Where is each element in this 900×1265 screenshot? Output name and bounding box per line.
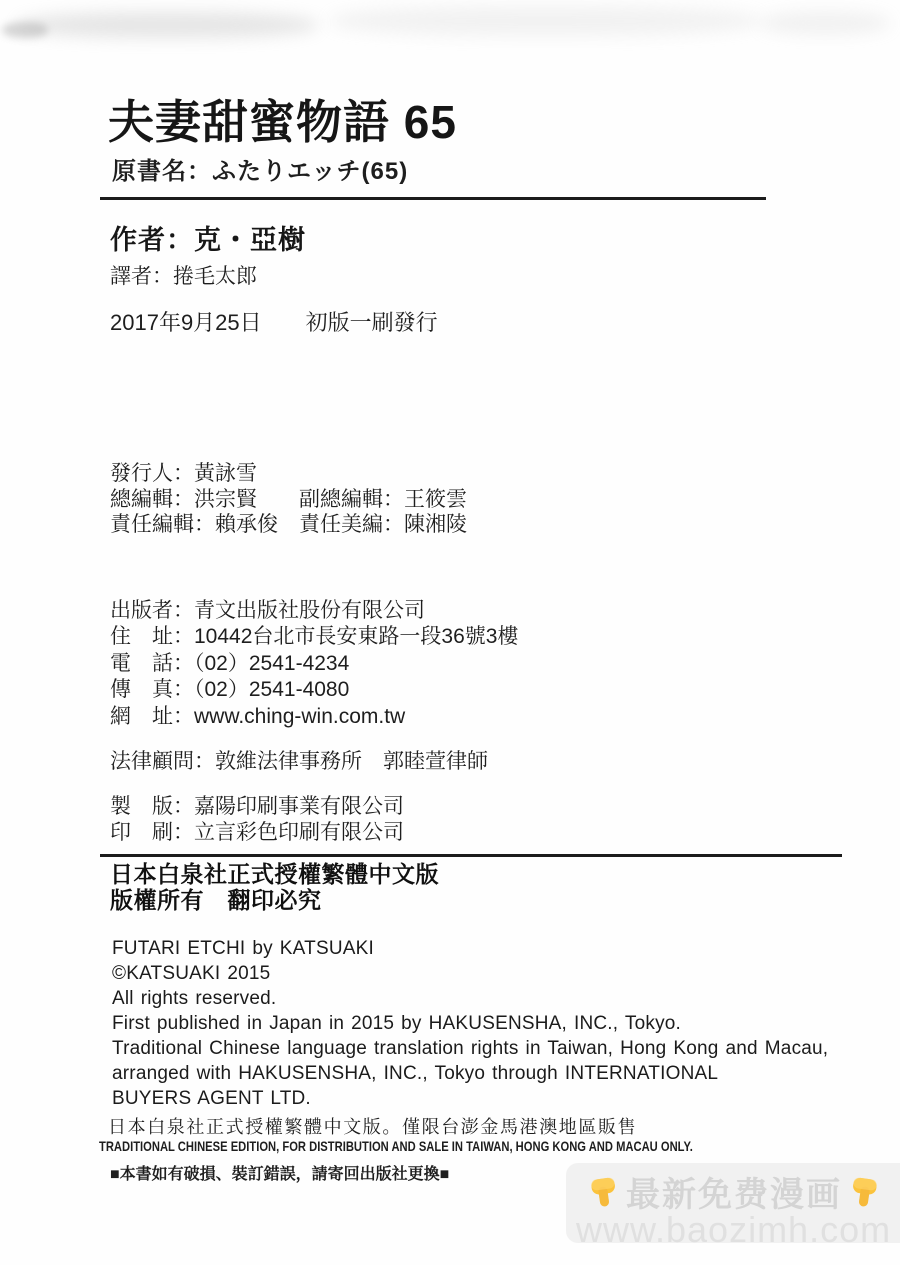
scan-artifact xyxy=(18,12,318,38)
watermark-banner: 最新免费漫画 www.baozimh.com xyxy=(566,1163,900,1243)
printing-line: 印 刷：立言彩色印刷有限公司 xyxy=(110,820,404,846)
managing-editor-line: 責任編輯：賴承俊 責任美編：陳湘陵 xyxy=(110,512,467,538)
english-line: ©KATSUAKI 2015 xyxy=(112,961,828,986)
publisher-person-line: 發行人：黃詠雪 xyxy=(110,461,467,487)
damage-return-notice: ■本書如有破損、裝訂錯誤，請寄回出版社更換■ xyxy=(110,1161,449,1184)
english-line: Traditional Chinese language translation… xyxy=(112,1036,828,1061)
scan-artifact xyxy=(760,12,890,34)
publisher-block: 出版者：青文出版社股份有限公司 住 址：10442台北市長安東路一段36號3樓 … xyxy=(110,598,518,730)
publisher-fax-line: 傳 真：（02）2541-4080 xyxy=(110,677,518,703)
editorial-staff-block: 發行人：黃詠雪 總編輯：洪宗賢 副總編輯：王筱雲 責任編輯：賴承俊 責任美編：陳… xyxy=(110,461,467,538)
release-date-line: 2017年9月25日 初版一刷發行 xyxy=(110,306,438,337)
english-copyright-block: FUTARI ETCHI by KATSUAKI ©KATSUAKI 2015 … xyxy=(112,936,828,1111)
watermark-url: www.baozimh.com xyxy=(576,1209,900,1243)
production-block: 製 版：嘉陽印刷事業有限公司 印 刷：立言彩色印刷有限公司 xyxy=(110,794,404,846)
author-line: 作者：克・亞樹 xyxy=(110,218,306,257)
chief-editor-line: 總編輯：洪宗賢 副總編輯：王筱雲 xyxy=(110,487,467,513)
publisher-address-line: 住 址：10442台北市長安東路一段36號3樓 xyxy=(110,624,518,650)
license-block: 日本白泉社正式授權繁體中文版 版權所有 翻印必究 xyxy=(110,862,439,913)
divider-bottom xyxy=(100,854,842,857)
english-line: BUYERS AGENT LTD. xyxy=(112,1086,828,1111)
original-title: 原書名：ふたりエッチ(65) xyxy=(112,151,408,186)
scan-artifact xyxy=(2,22,48,38)
hand-pointing-down-icon xyxy=(846,1174,882,1210)
colophon-page: 夫妻甜蜜物語 65 原書名：ふたりエッチ(65) 作者：克・亞樹 譯者：捲毛太郎… xyxy=(0,0,900,1265)
publisher-name-line: 出版者：青文出版社股份有限公司 xyxy=(110,598,518,624)
english-line: All rights reserved. xyxy=(112,986,828,1011)
legal-advisor-line: 法律顧問：敦維法律事務所 郭睦萱律師 xyxy=(110,745,488,775)
english-line: First published in Japan in 2015 by HAKU… xyxy=(112,1011,828,1036)
scan-artifact xyxy=(330,6,760,36)
publisher-website-line: 網 址：www.ching-win.com.tw xyxy=(110,704,518,730)
english-line: arranged with HAKUSENSHA, INC., Tokyo th… xyxy=(112,1061,828,1086)
hand-pointing-down-icon xyxy=(586,1174,622,1210)
divider-top xyxy=(100,197,766,200)
region-restriction-en: TRADITIONAL CHINESE EDITION, FOR DISTRIB… xyxy=(99,1138,693,1154)
english-line: FUTARI ETCHI by KATSUAKI xyxy=(112,936,828,961)
book-title: 夫妻甜蜜物語 65 xyxy=(108,86,457,152)
translator-line: 譯者：捲毛太郎 xyxy=(110,260,257,290)
copyright-reserved-line: 版權所有 翻印必究 xyxy=(110,888,439,914)
publisher-phone-line: 電 話：（02）2541-4234 xyxy=(110,651,518,677)
region-restriction-zh: 日本白泉社正式授權繁體中文版。僅限台澎金馬港澳地區販售 xyxy=(108,1113,637,1139)
plate-making-line: 製 版：嘉陽印刷事業有限公司 xyxy=(110,794,404,820)
license-line: 日本白泉社正式授權繁體中文版 xyxy=(110,862,439,888)
